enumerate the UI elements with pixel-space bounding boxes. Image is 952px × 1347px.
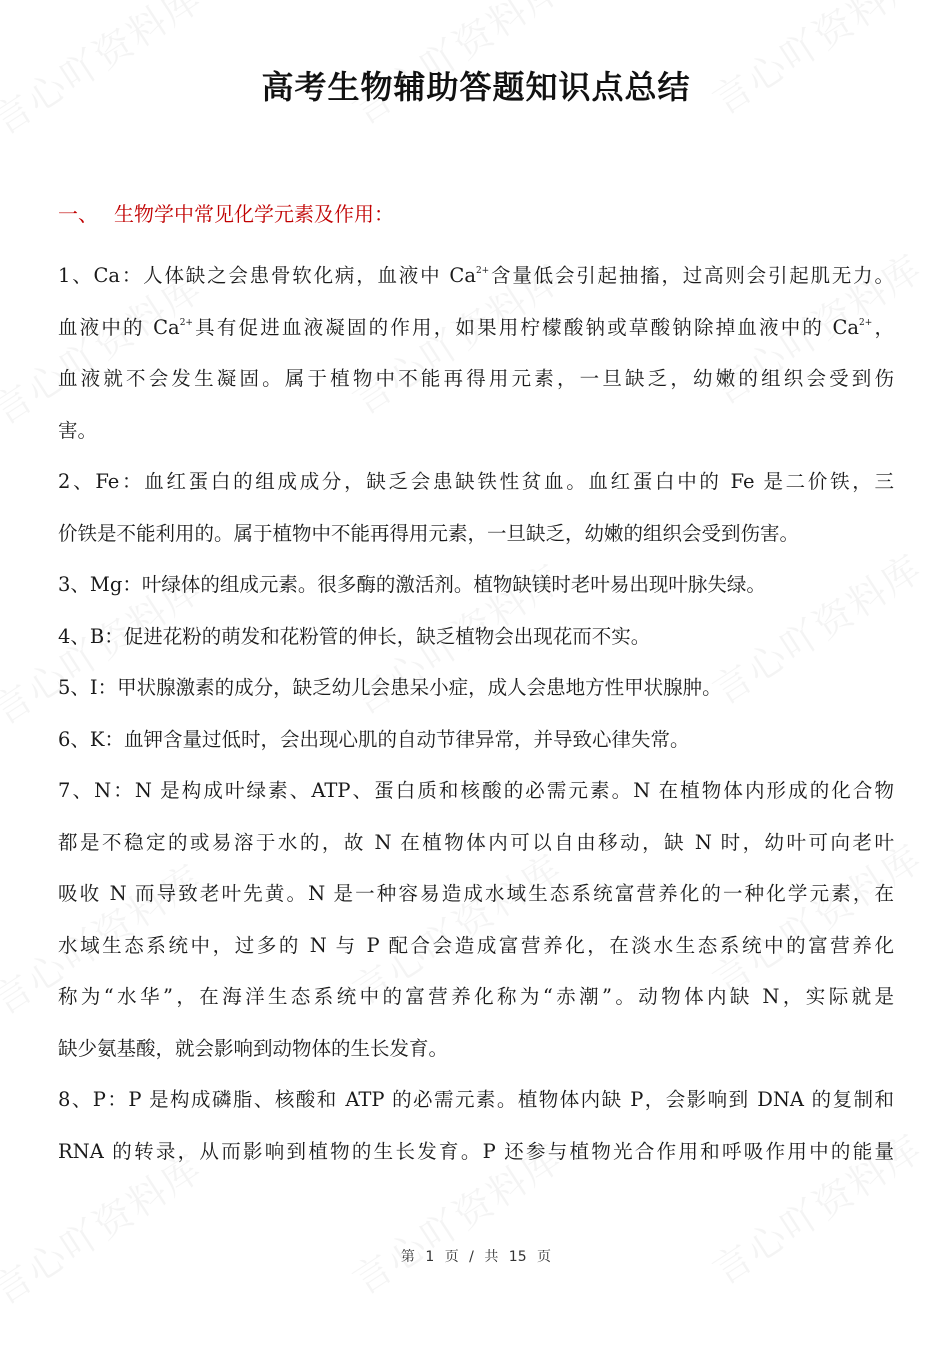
body-text: 1、Ca：人体缺之会患骨软化病，血液中 Ca2+含量低会引起抽搐，过高则会引起肌… [58, 250, 894, 1177]
element-paragraph: 4、B：促进花粉的萌发和花粉管的伸长，缺乏植物会出现花而不实。 [58, 611, 894, 663]
text-line: 4、B：促进花粉的萌发和花粉管的伸长，缺乏植物会出现花而不实。 [58, 611, 894, 663]
text-line: 称为“水华”，在海洋生态系统中的富营养化称为“赤潮”。动物体内缺 N，实际就是 [58, 971, 894, 1023]
text-line: 6、K：血钾含量过低时，会出现心肌的自动节律异常，并导致心律失常。 [58, 714, 894, 766]
text-line: 水域生态系统中，过多的 N 与 P 配合会造成富营养化，在淡水生态系统中的富营养… [58, 920, 894, 972]
text-line: 吸收 N 而导致老叶先黄。N 是一种容易造成水域生态系统富营养化的一种化学元素，… [58, 868, 894, 920]
text-line: 血液中的 Ca2+具有促进血液凝固的作用，如果用柠檬酸钠或草酸钠除掉血液中的 C… [58, 302, 894, 354]
section-heading: 一、生物学中常见化学元素及作用： [58, 198, 394, 227]
element-paragraph: 7、N：N 是构成叶绿素、ATP、蛋白质和核酸的必需元素。N 在植物体内形成的化… [58, 765, 894, 1074]
text-line: 价铁是不能利用的。属于植物中不能再得用元素，一旦缺乏，幼嫩的组织会受到伤害。 [58, 508, 894, 560]
superscript-charge: 2+ [180, 318, 193, 328]
document-title: 高考生物辅助答题知识点总结 [0, 62, 952, 108]
superscript-charge: 2+ [859, 318, 872, 328]
element-paragraph: 1、Ca：人体缺之会患骨软化病，血液中 Ca2+含量低会引起抽搐，过高则会引起肌… [58, 250, 894, 456]
text-line: 1、Ca：人体缺之会患骨软化病，血液中 Ca2+含量低会引起抽搐，过高则会引起肌… [58, 250, 894, 302]
text-line: 3、Mg：叶绿体的组成元素。很多酶的激活剂。植物缺镁时老叶易出现叶脉失绿。 [58, 559, 894, 611]
section-number: 一、 [58, 198, 114, 227]
superscript-charge: 2+ [476, 266, 489, 276]
element-paragraph: 2、Fe：血红蛋白的组成成分，缺乏会患缺铁性贫血。血红蛋白中的 Fe 是二价铁，… [58, 456, 894, 559]
text-line: 缺少氨基酸，就会影响到动物体的生长发育。 [58, 1023, 894, 1075]
element-paragraph: 3、Mg：叶绿体的组成元素。很多酶的激活剂。植物缺镁时老叶易出现叶脉失绿。 [58, 559, 894, 611]
text-line: 血液就不会发生凝固。属于植物中不能再得用元素，一旦缺乏，幼嫩的组织会受到伤 [58, 353, 894, 405]
element-paragraph: 8、P：P 是构成磷脂、核酸和 ATP 的必需元素。植物体内缺 P，会影响到 D… [58, 1074, 894, 1177]
text-line: 都是不稳定的或易溶于水的，故 N 在植物体内可以自由移动，缺 N 时，幼叶可向老… [58, 817, 894, 869]
text-line: 7、N：N 是构成叶绿素、ATP、蛋白质和核酸的必需元素。N 在植物体内形成的化… [58, 765, 894, 817]
text-line: 2、Fe：血红蛋白的组成成分，缺乏会患缺铁性贫血。血红蛋白中的 Fe 是二价铁，… [58, 456, 894, 508]
text-line: 8、P：P 是构成磷脂、核酸和 ATP 的必需元素。植物体内缺 P，会影响到 D… [58, 1074, 894, 1126]
element-paragraph: 6、K：血钾含量过低时，会出现心肌的自动节律异常，并导致心律失常。 [58, 714, 894, 766]
page-footer: 第 1 页 / 共 15 页 [0, 1246, 952, 1266]
text-line: 5、I：甲状腺激素的成分，缺乏幼儿会患呆小症，成人会患地方性甲状腺肿。 [58, 662, 894, 714]
text-line: 害。 [58, 405, 894, 457]
element-paragraph: 5、I：甲状腺激素的成分，缺乏幼儿会患呆小症，成人会患地方性甲状腺肿。 [58, 662, 894, 714]
section-heading-text: 生物学中常见化学元素及作用： [114, 202, 394, 226]
text-line: RNA 的转录，从而影响到植物的生长发育。P 还参与植物光合作用和呼吸作用中的能… [58, 1126, 894, 1178]
